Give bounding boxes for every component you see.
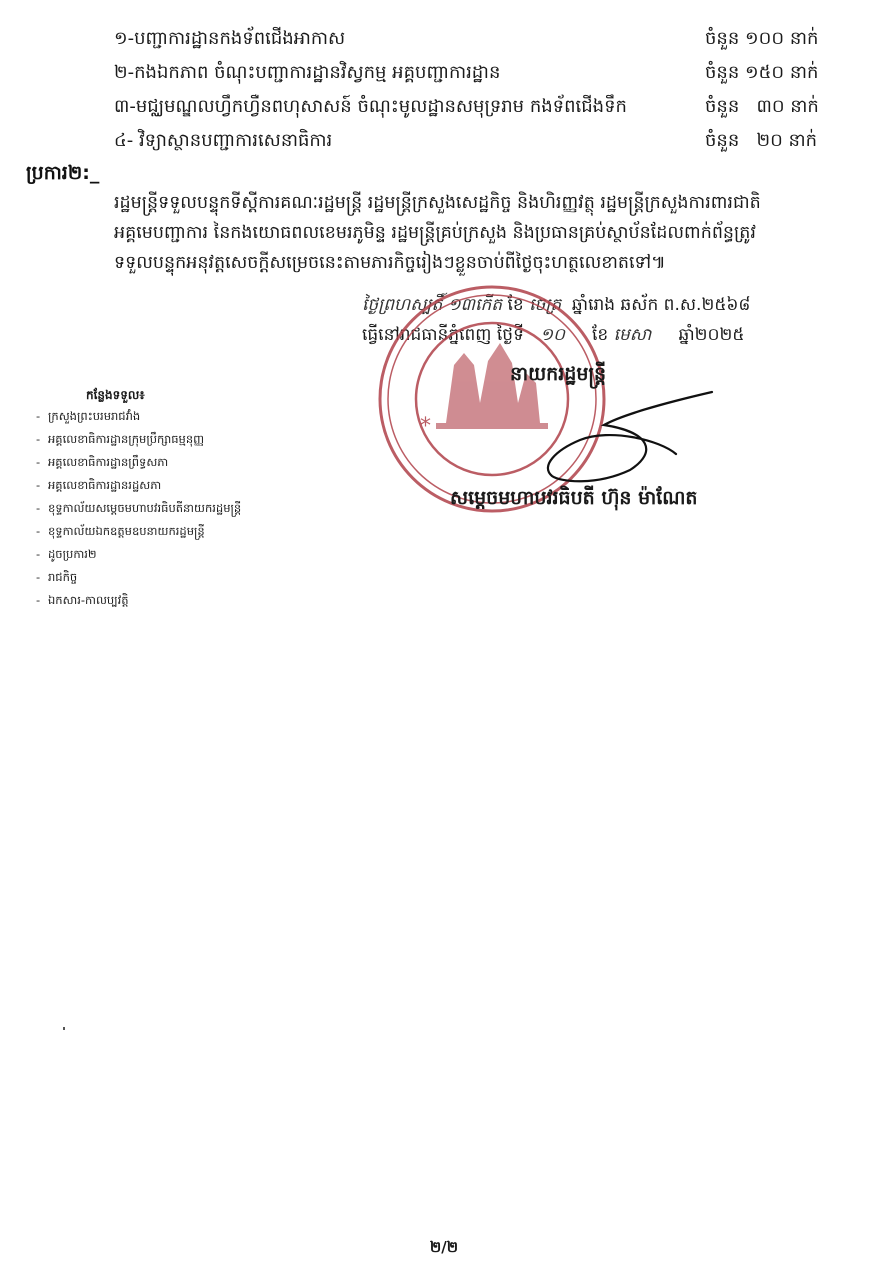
recipient-item: -អគ្គលេខាធិការដ្ឋានរដ្ឋសភា (36, 474, 241, 497)
article-line: ទទួលបន្ទុកអនុវត្តសេចក្តីសម្រេចនេះតាមភារក… (114, 248, 874, 278)
allocation-unit: ៤- វិទ្យាស្ថានបញ្ជាការសេនាធិការ (114, 126, 332, 156)
svg-text:*: * (420, 414, 431, 439)
article-line: រដ្ឋមន្ត្រីទទួលបន្ទុកទីស្តីការគណៈរដ្ឋមន្… (114, 188, 874, 218)
article-heading: ប្រការ២:_ (26, 158, 99, 188)
allocation-item: ១-បញ្ជាការដ្ឋានកងទ័ពជើងអាកាស ចំនួន ១០០ ន… (114, 24, 864, 54)
recipient-item: -ក្រសួងព្រះបរមរាជវាំង (36, 405, 241, 428)
allocation-count: ចំនួន ២០ នាក់ (705, 126, 817, 156)
allocation-item: ២-កងឯកភាព ចំណុះបញ្ជាការដ្ឋានវិស្វកម្ម អគ… (114, 58, 864, 88)
document-page: ១-បញ្ជាការដ្ឋានកងទ័ពជើងអាកាស ចំនួន ១០០ ន… (0, 0, 888, 1280)
article-line: អគ្គមេបញ្ជាការ នៃកងយោធពលខេមរភូមិន្ទ រដ្ឋ… (114, 218, 874, 248)
solar-date: ធ្វើនៅរាជធានីភ្នំពេញ ថ្ងៃទី ១០ ខែ មេសា ឆ… (362, 322, 744, 348)
allocation-item: ៣-មជ្ឈមណ្ឌលហ្វឹកហ្វឺនពហុសាសន៍ ចំណុះមូលដ្… (114, 92, 864, 122)
page-number: ២/២ (0, 1238, 888, 1260)
recipient-item: -ខុទ្ទកាល័យសម្តេចមហាបវរធិបតីនាយករដ្ឋមន្ត… (36, 497, 241, 520)
scan-artifact (63, 1027, 65, 1030)
recipient-item: -អគ្គលេខាធិការដ្ឋានព្រឹទ្ធសភា (36, 451, 241, 474)
lunar-date: ថ្ងៃព្រហស្បតិ៍ ១៣កើត ខែ ចេត្រ ឆ្នាំរោង ឆ… (362, 292, 750, 318)
article-body: រដ្ឋមន្ត្រីទទួលបន្ទុកទីស្តីការគណៈរដ្ឋមន្… (114, 188, 874, 278)
allocation-count: ចំនួន ១០០ នាក់ (705, 24, 818, 54)
allocation-count: ចំនួន ១៥០ នាក់ (705, 58, 818, 88)
allocation-unit: ៣-មជ្ឈមណ្ឌលហ្វឹកហ្វឺនពហុសាសន៍ ចំណុះមូលដ្… (114, 92, 627, 122)
allocation-unit: ១-បញ្ជាការដ្ឋានកងទ័ពជើងអាកាស (114, 24, 345, 54)
allocation-unit: ២-កងឯកភាព ចំណុះបញ្ជាការដ្ឋានវិស្វកម្ម អគ… (114, 58, 500, 88)
recipient-item: -ឯកសារ-កាលប្បវត្តិ (36, 589, 241, 612)
recipient-item: -ដូចប្រការ២ (36, 543, 241, 566)
signatory-name: សម្តេចមហាបវរធិបតី ហ៊ុន ម៉ាណែត (450, 484, 697, 512)
allocation-item: ៤- វិទ្យាស្ថានបញ្ជាការសេនាធិការ ចំនួន ២០… (114, 126, 864, 156)
signature-icon (500, 370, 740, 490)
recipients-list: -ក្រសួងព្រះបរមរាជវាំង -អគ្គលេខាធិការដ្ឋា… (36, 405, 241, 612)
recipient-item: -អគ្គលេខាធិការដ្ឋានក្រុមប្រឹក្សាធម្មនុញ្… (36, 428, 241, 451)
recipient-item: -រាជកិច្ច (36, 566, 241, 589)
recipients-heading: កន្លែងទទួល៖ (86, 386, 145, 404)
recipient-item: -ខុទ្ទកាល័យឯកឧត្តមឧបនាយករដ្ឋមន្ត្រី (36, 520, 241, 543)
signatory-title: នាយករដ្ឋមន្ត្រី (510, 360, 606, 388)
allocation-count: ចំនួន ៣០ នាក់ (705, 92, 819, 122)
